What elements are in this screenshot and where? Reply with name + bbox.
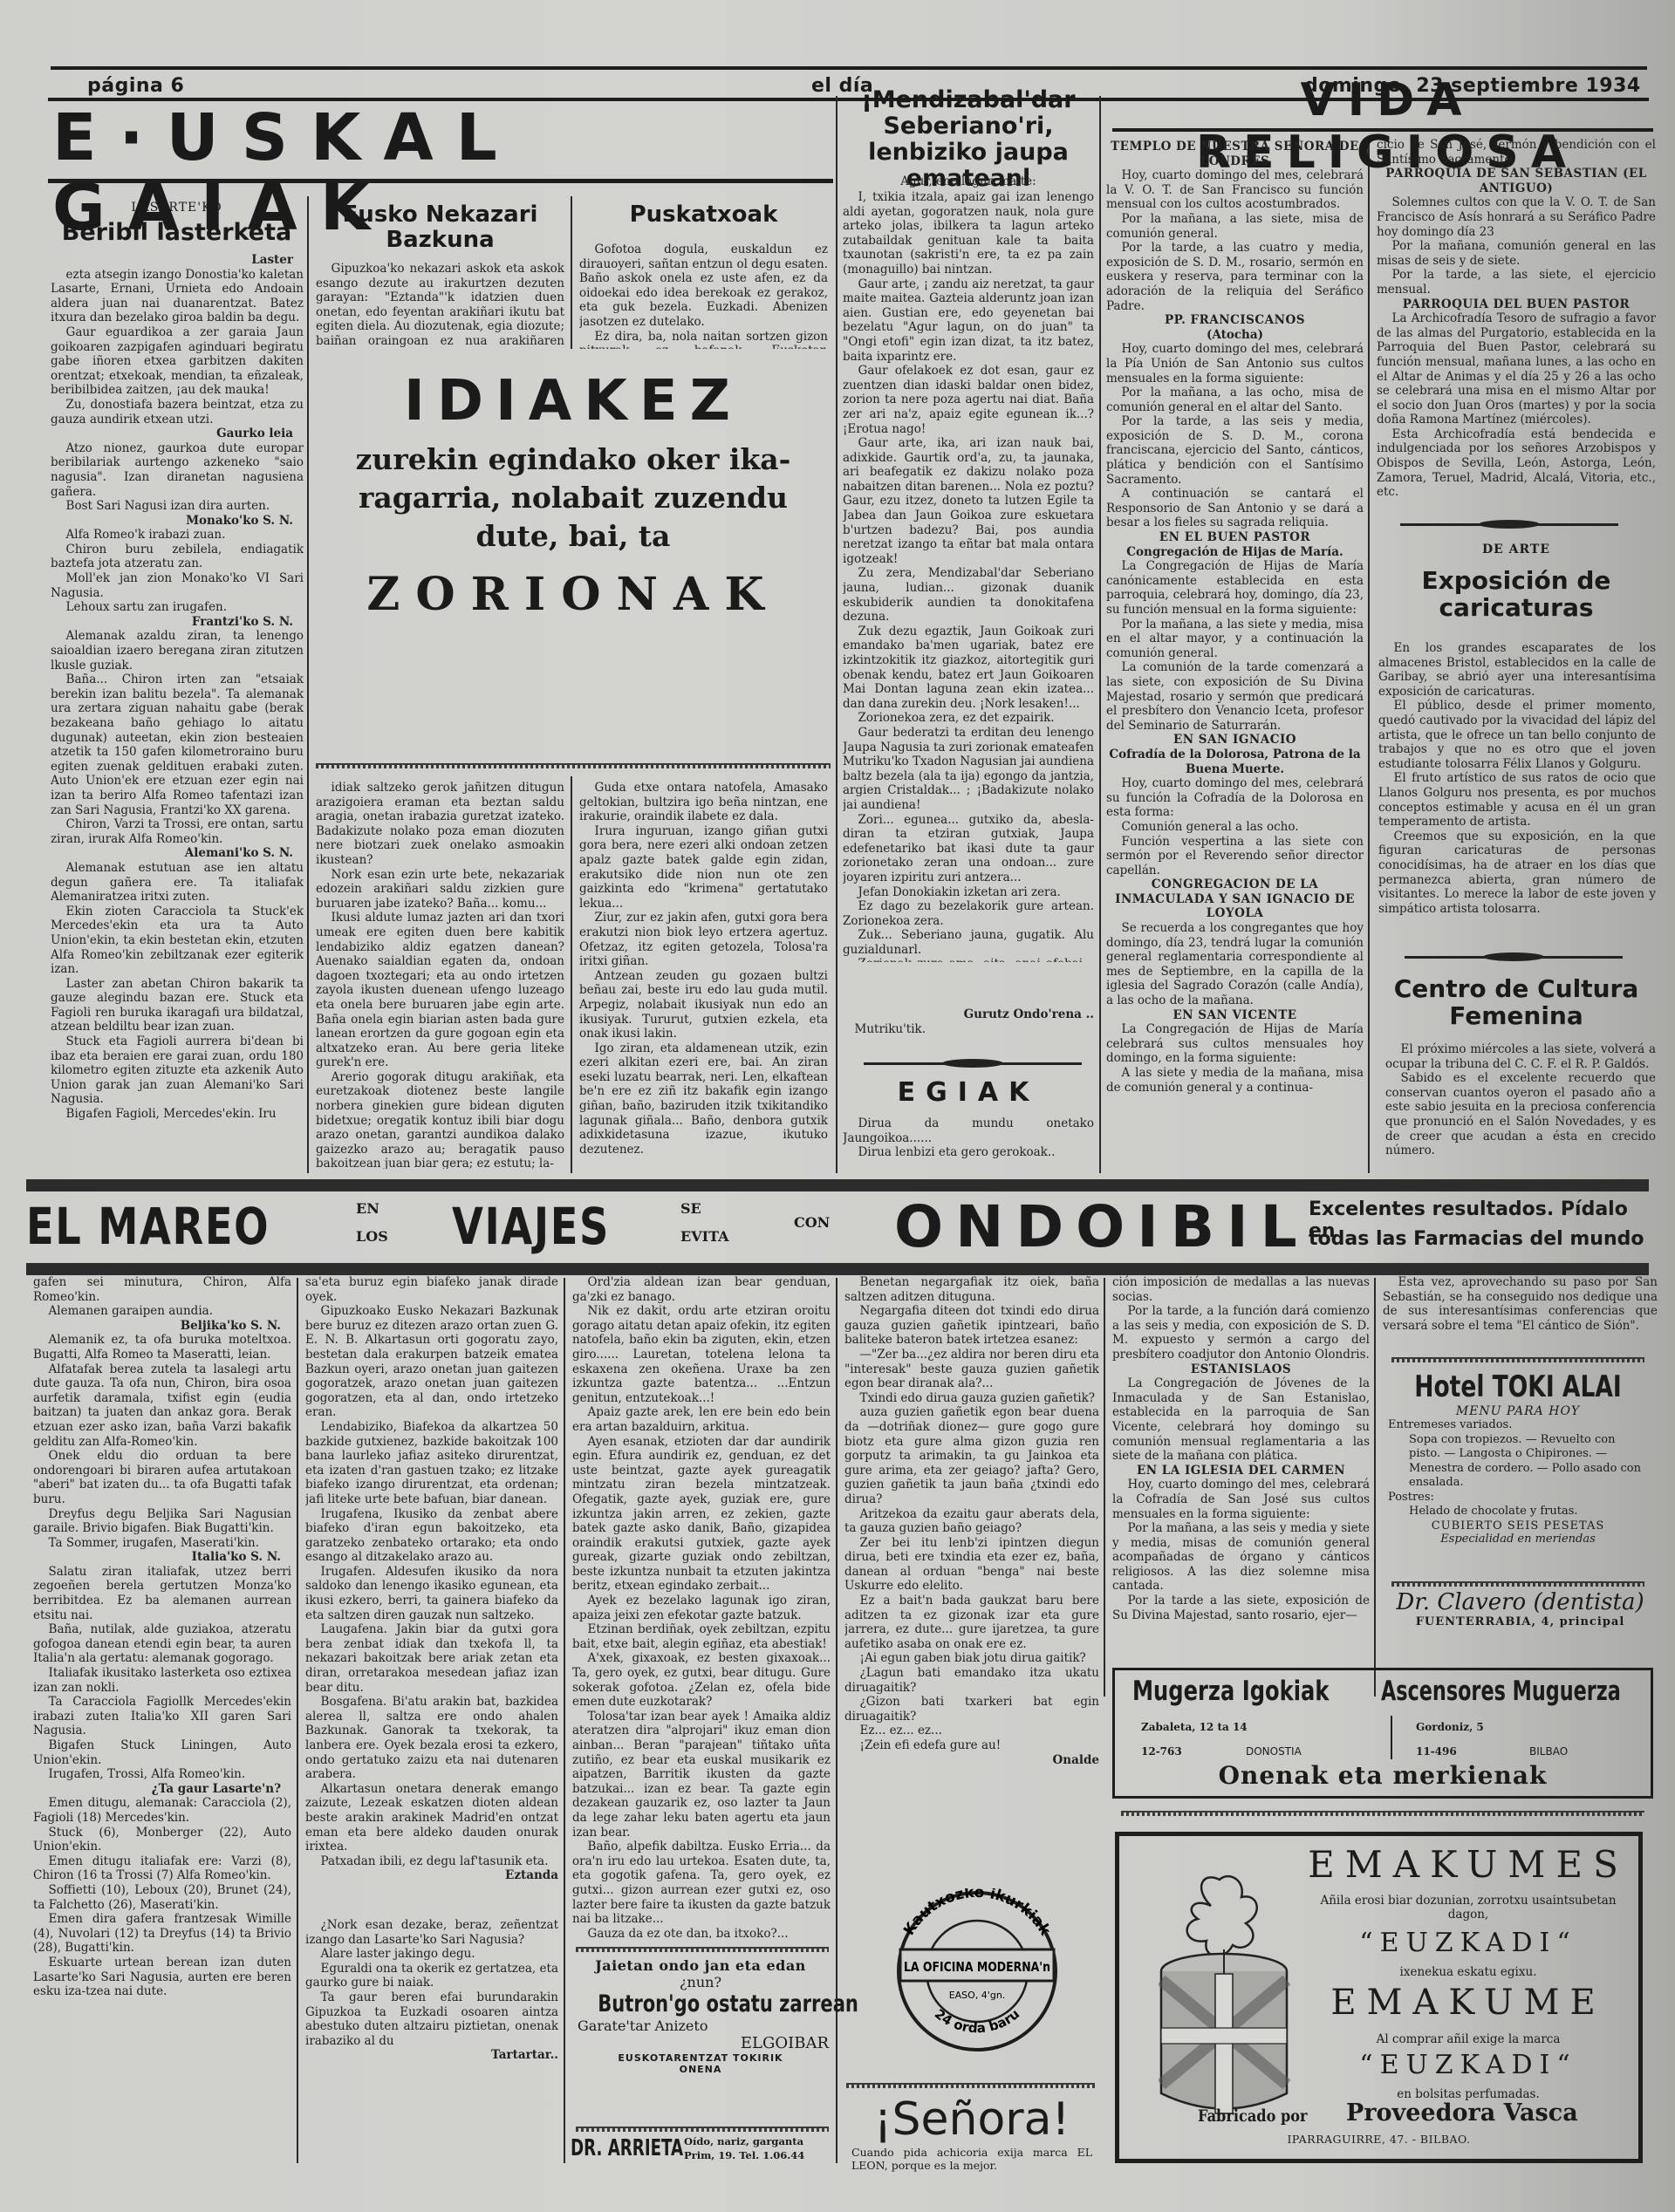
paragraph: Emen dira gafera frantzesak Wimille (4),… [33, 1912, 291, 1956]
paragraph: Gauza da ez ote dan, ba itxoko?... [572, 1927, 831, 1938]
mugerza-name-spanish: Ascensores Muguerza [1381, 1676, 1569, 1707]
paragraph: Jefan Donokiakin izketan ari zera. [843, 885, 1094, 900]
menu-list: Entremeses variados.Sopa con tropiezos. … [1383, 1418, 1653, 1519]
divider [846, 2083, 1095, 2088]
paragraph: Baña, nutilak, alde guziakoa, atzeratu g… [33, 1622, 291, 1666]
paragraph: Alemanak estutuan ase ien altatu degun g… [51, 861, 304, 905]
menu-item: Sopa con tropiezos. — Revuelto con pisto… [1388, 1433, 1648, 1491]
paragraph: Por la tarde, a las cuatro y media, expo… [1106, 241, 1364, 313]
paragraph: Benetan negargafiak itz oiek, baña saltz… [844, 1275, 1099, 1304]
paragraph: Ekin zioten Caracciola ta Stuck'ek Merce… [51, 905, 304, 977]
mugerza-phone: 12-763 [1141, 1745, 1182, 1758]
paragraph: Ta Caracciola Fagiollk Mercedes'ekin ira… [33, 1695, 291, 1738]
column-divider [1099, 96, 1101, 1173]
paragraph: Hoy, cuarto domingo del mes, celebrará l… [1106, 168, 1364, 212]
paragraph: Ziur, zur ez jakin afen, gutxi gora bera… [579, 911, 828, 968]
paragraph: Alare laster jakingo degu. [305, 1947, 558, 1962]
paragraph: A las siete y media de la mañana, misa d… [1106, 1066, 1364, 1095]
paragraph: Gaur bederatzi ta erditan deu lenengo Ja… [843, 726, 1094, 813]
paragraph: Alemanen garaipen aundia. [33, 1304, 291, 1319]
paragraph: Ayek ez bezelako lagunak igo ziran, apai… [572, 1594, 831, 1622]
paragraph: Alfa Romeo'k irabazi zuan. [51, 528, 304, 543]
subheading: CONGREGACION DE LA INMACULADA Y SAN IGNA… [1106, 877, 1364, 921]
paragraph: Lehoux sartu zan irugafen. [51, 600, 304, 615]
paragraph: Onek eldu dio orduan ta bere ondorengoar… [33, 1449, 291, 1506]
article-greeting: Agur, ene lagun maite: [843, 174, 1094, 189]
paragraph: Función vespertina a las siete con sermó… [1106, 835, 1364, 878]
paragraph: El próximo miércoles a las siete, volver… [1385, 1042, 1656, 1071]
paragraph: Zorionekoa zera, ez det ezpairik. [843, 711, 1094, 726]
ad-tagline: EUSKOTARENTZAT TOKIRIK ONENA [569, 2052, 832, 2075]
menu-item: Entremeses variados. [1388, 1418, 1648, 1433]
ad-brand: “EUZKADI“ [1302, 1928, 1634, 1958]
paragraph: Por la mañana, a las siete y media, misa… [1106, 618, 1364, 661]
banner-word: EL MAREO [26, 1197, 270, 1256]
subheading: TEMPLO DE NUESTRA SEÑORA DE LOUDRES [1106, 140, 1364, 168]
anil-package-icon [1159, 1871, 1298, 2133]
paragraph: Chiron, Varzi ta Trossi, ere ontan, sart… [51, 817, 304, 846]
ad-oficina-moderna-stamp: Kautxozko ikurkiak 24 orda baru LA OFICI… [881, 1888, 1073, 2054]
paragraph: Stuck eta Fagioli aurrera bi'dean bi iba… [51, 1034, 304, 1107]
paragraph: Gaur eguardikoa a zer garaia Jaun goikoa… [51, 325, 304, 398]
paragraph: Hoy, cuarto domingo del mes, celebrará l… [1112, 1478, 1370, 1521]
ad-brand: “EUZKADI“ [1302, 2050, 1634, 2080]
paragraph: Emen ditugu italiafak ere: Varzi (8), Ch… [33, 1854, 291, 1883]
paragraph: Emen ditugu, alemanak: Caracciola (2), F… [33, 1796, 291, 1825]
subheading: Beljika'ko S. N. [33, 1319, 291, 1334]
article-body-nekazari-cont: idiak saltzeko gerok jañitzen ditugun ar… [316, 781, 564, 1169]
column-divider [571, 776, 572, 1173]
subheading: Cofradía de la Dolorosa, Patrona de la B… [1106, 748, 1364, 776]
paragraph: Alfatafak berea zutela ta lasalegi artu … [33, 1362, 291, 1450]
paragraph: Gaur arte, ika, ari izan nauk bai, adixk… [843, 436, 1094, 566]
mugerza-city: BILBAO [1529, 1745, 1568, 1758]
paragraph: I, txikia itzala, apaiz gai izan lenengo… [843, 190, 1094, 277]
paragraph: ¿Lagun bati emandako itza ukatu diruagai… [844, 1666, 1099, 1695]
ad-arrieta: DR. ARRIETA Oído, nariz, garganta Prim, … [571, 2135, 832, 2170]
article-body-puskatxoak-end: Ord'zia aldean izan bear genduan, ga'zki… [572, 1275, 831, 1938]
paragraph: Por la tarde, a las siete, el ejercicio … [1377, 268, 1656, 297]
menu-special: Especialidad en meriendas [1383, 1533, 1653, 1546]
menu-item: Postres: [1388, 1491, 1648, 1505]
ad-mugerza: Mugerza Igokiak Ascensores Muguerza Zaba… [1112, 1668, 1653, 1799]
paragraph: Por la tarde a las siete, exposición de … [1112, 1594, 1370, 1622]
banner-small: EN [356, 1200, 379, 1217]
ad-line: ragarria, nolabait zuzendu [316, 479, 831, 517]
banner-top-bar [26, 1179, 1649, 1191]
article-body-vida-religiosa-cont: cicio de San José, sermón y bendición co… [1377, 138, 1656, 504]
paragraph: Guda etxe ontara natofela, Amasako gelto… [579, 781, 828, 824]
ornament-divider [1405, 956, 1623, 959]
svg-text:24 orda baru: 24 orda baru [932, 2006, 1022, 2037]
banner-small: LOS [356, 1228, 388, 1245]
paragraph: Sabido es el excelente recuerdo que cons… [1385, 1071, 1656, 1158]
ad-senora: ¡Señora! Cuando pida achicoria exija mar… [844, 2093, 1099, 2172]
menu-title: MENU PARA HOY [1383, 1404, 1653, 1418]
paragraph: Negargafia diteen dot txindi edo dirua g… [844, 1304, 1099, 1348]
divider [576, 1947, 829, 1952]
ad-text: ixenekua eskatu egixu. [1302, 1965, 1634, 1979]
paragraph: auza guzien gañetik egon bear duena da —… [844, 1405, 1099, 1506]
paragraph: La comunión de la tarde comenzará a las … [1106, 660, 1364, 733]
paragraph: Chiron buru zebilela, endiagatik baztefa… [51, 543, 304, 571]
divider [576, 2127, 829, 2132]
paragraph: Zuk... Seberiano jauna, gugatik. Alu guz… [843, 928, 1094, 957]
greeting-text: Agur, ene lagun maite: [843, 174, 1094, 189]
page-number: página 6 [87, 75, 184, 97]
mugerza-slogan: Onenak eta merkienak [1115, 1761, 1651, 1790]
ad-dentist: Dr. Clavero (dentista) FUENTERRABIA, 4, … [1383, 1589, 1658, 1628]
paragraph: A continuación se cantará el Responsorio… [1106, 487, 1364, 530]
ornament-divider [864, 1062, 1082, 1065]
paragraph: cicio de San José, sermón y bendición co… [1377, 138, 1656, 167]
paragraph: Por la mañana, a las ocho, misa de comun… [1106, 386, 1364, 414]
column-divider [307, 196, 309, 1173]
svg-text:Kautxozko ikurkiak: Kautxozko ikurkiak [900, 1888, 1054, 1939]
banner-word: VIAJES [452, 1197, 610, 1256]
ad-text: Al comprar añil exige la marca [1302, 2032, 1634, 2046]
subheading: ESTANISLAOS [1112, 1362, 1370, 1377]
paragraph: Dirua lenbizi eta gero gerokoak.. [843, 1145, 1094, 1160]
column-divider [571, 196, 572, 349]
ad-title: IDIAKEZ [316, 369, 831, 434]
paragraph: —"Zer ba...¿ez aldira nor beren diru eta… [844, 1348, 1099, 1391]
paragraph: Zer bei itu lenb'zi ipintzen diegun diru… [844, 1536, 1099, 1594]
paragraph: sa'eta buruz egin biafeko janak dirade o… [305, 1275, 558, 1304]
divider [1121, 1811, 1644, 1816]
paragraph: Ta gaur beren efai burundarakin Gipuzkoa… [305, 1990, 558, 2048]
paragraph: Hoy, cuarto domingo del mes, celebrará l… [1106, 342, 1364, 386]
paragraph: Creemos que su exposición, en la que fig… [1378, 829, 1656, 917]
paragraph: Eskuarte urtean berean izan duten Lasart… [33, 1956, 291, 1999]
ad-text: Añila erosi biar dozunian, zorrotxu usai… [1302, 1894, 1634, 1922]
paragraph: Antzean zeuden gu gozaen bultzi beñau za… [579, 969, 828, 1041]
paragraph: Salatu ziran italiafak, utzez berri zego… [33, 1565, 291, 1622]
paragraph: ¡Zein efi edefa gure au! [844, 1738, 1099, 1753]
article-body-mendizabal: I, txikia itzala, apaiz gai izan lenengo… [843, 190, 1094, 962]
subheading: EN EL BUEN PASTOR [1106, 530, 1364, 545]
paragraph: Irugafen. Aldesufen ikusiko da nora sald… [305, 1565, 558, 1622]
article-body-cultura: El próximo miércoles a las siete, volver… [1385, 1042, 1656, 1173]
ad-title: EMAKUME [1302, 1983, 1634, 2023]
mugerza-address: Gordoniz, 5 [1416, 1721, 1484, 1733]
article-body-exposicion: En los grandes escaparates de los almace… [1378, 641, 1656, 942]
mugerza-phone: 11-496 [1416, 1745, 1457, 1758]
article-body-egiak: Dirua da mundu onetako Jaungoikoa......D… [843, 1116, 1094, 1169]
banner-small: EVITA [680, 1228, 729, 1245]
article-body-beribil: Lasterezta atsegin izango Donostia'ko ka… [51, 253, 304, 1169]
paragraph: Ord'zia aldean izan bear genduan, ga'zki… [572, 1275, 831, 1304]
paragraph: Arerio gogorak ditugu arakiñak, eta eure… [316, 1070, 564, 1169]
subheading: Alemani'ko S. N. [51, 846, 304, 861]
ad-banner-ondoibil: EL MAREO EN LOS VIAJES SE EVITA CON ONDO… [26, 1197, 1649, 1258]
paragraph: Se recuerda a los congregantes que hoy d… [1106, 921, 1364, 1008]
subheading: (Atocha) [1106, 328, 1364, 343]
ad-closing: ZORIONAK [316, 568, 831, 621]
column-divider [1374, 1278, 1376, 1697]
paragraph: Por la mañana, comunión general en las m… [1377, 239, 1656, 268]
column-divider [836, 96, 837, 1173]
paragraph: Gaur ofelakoek ez dot esan, gaur ez zuen… [843, 364, 1094, 436]
article-headline: Puskatxoak [579, 202, 828, 228]
paragraph: Ez dira, ba, nola naitan sortzen gizon p… [579, 330, 828, 349]
paragraph: Alemanik ez, ta ofa buruka moteltxoa. Bu… [33, 1333, 291, 1362]
article-headline: Eusko Nekazari Bazkuna [316, 202, 564, 253]
divider [1391, 1716, 1392, 1759]
ornament-divider [1400, 523, 1618, 526]
paragraph: Bigafen Fagioli, Mercedes'ekin. Iru [51, 1107, 304, 1122]
signature: Tartartar.. [305, 2048, 558, 2063]
paragraph: Nik ez dakit, ordu arte etziran oroitu g… [572, 1304, 831, 1405]
ad-maker-prefix: Fabricado por [1198, 2106, 1308, 2126]
paragraph: El público, desde el primer momento, que… [1378, 699, 1656, 771]
paragraph: A'xek, gixaxoak, ez besten gixaxoak... T… [572, 1651, 831, 1709]
hotel-name: Hotel TOKI ALAI [1412, 1369, 1624, 1404]
banner-bottom-bar [26, 1263, 1649, 1275]
ad-line: Oído, nariz, garganta [684, 2135, 803, 2147]
vida-religiosa-rule [1112, 128, 1653, 132]
paragraph: Italiafak ikusitako lasterketa oso eztix… [33, 1666, 291, 1695]
subheading: EN LA IGLESIA DEL CARMEN [1112, 1464, 1370, 1478]
paragraph: Ez a bait'n bada gaukzat baru bere aditz… [844, 1594, 1099, 1651]
mugerza-name-basque: Mugerza Igokiak [1132, 1676, 1323, 1707]
article-headline: Exposición de caricaturas [1377, 567, 1656, 622]
subheading: Frantzi'ko S. N. [51, 615, 304, 630]
divider [1391, 1581, 1644, 1587]
paragraph: Nork esan ezin urte bete, nekazariak edo… [316, 868, 564, 911]
paragraph: Gipuzkoa'ko nekazari askok eta askok esa… [316, 262, 564, 349]
signature: Eztanda [305, 1868, 558, 1883]
subheading: EN SAN IGNACIO [1106, 733, 1364, 748]
paragraph: Dreyfus degu Beljika Sari Nagusian garai… [33, 1507, 291, 1536]
euskal-gaiak-rule [48, 179, 833, 183]
paragraph: Ez... ez... ez... [844, 1724, 1099, 1738]
article-body-lasterketa-cont: gafen sei minutura, Chiron, Alfa Romeo'k… [33, 1275, 291, 2165]
banner-brand: ONDOIBIL [894, 1193, 1309, 1260]
paragraph: En los grandes escaparates de los almace… [1378, 641, 1656, 699]
ad-euzkadi-anil: EMAKUMES Añila erosi biar dozunian, zorr… [1115, 1832, 1643, 2163]
ad-maker: Proveedora Vasca [1346, 2099, 1578, 2127]
ad-name: DR. ARRIETA [571, 2135, 683, 2161]
paragraph: Irugafena, Ikusiko da zenbat abere biafe… [305, 1507, 558, 1565]
svg-text:LA OFICINA MODERNA'n: LA OFICINA MODERNA'n [904, 1959, 1050, 1975]
subheading: Monako'ko S. N. [51, 514, 304, 529]
ad-butron: Jaietan ondo jan eta edan ¿nun? Butron'g… [569, 1957, 832, 2075]
paragraph: Zu, donostiafa bazera beintzat, etza zu … [51, 398, 304, 427]
paragraph: Gofotoa dogula, euskaldun ez dirauoyeri,… [579, 242, 828, 330]
paragraph: Ez dago zu bezelakorik gure artean. Zori… [843, 899, 1094, 928]
paragraph: Lendabiziko, Biafekoa da alkartzea 50 ba… [305, 1420, 558, 1507]
signature: Onalde [844, 1753, 1099, 1768]
article-signature: Gurutz Ondo'rena .. Mutriku'tik. [843, 1007, 1094, 1036]
article-body-nekazari: Gipuzkoa'ko nekazari askok eta askok esa… [316, 262, 564, 349]
subheading: PARROQUIA DEL BUEN PASTOR [1377, 297, 1656, 312]
column-divider [836, 1278, 837, 2163]
mugerza-address: Zabaleta, 12 ta 14 [1141, 1721, 1248, 1733]
paragraph: gafen sei minutura, Chiron, Alfa Romeo'k… [33, 1275, 291, 1304]
paragraph: ¡Ai egun gaben biak jotu dirua gaitik? [844, 1651, 1099, 1666]
article-body-nekazari-end: sa'eta buruz egin biafeko janak dirade o… [305, 1275, 558, 2174]
article-body-cultura-end: Esta vez, aprovechando su paso por San S… [1383, 1275, 1658, 1354]
paragraph: El fruto artístico de sus ratos de ocio … [1378, 771, 1656, 829]
subheading: Laster [51, 253, 304, 268]
paragraph: Baña... Chiron irten zan "etsaiak bereki… [51, 672, 304, 817]
banner-small: CON [794, 1214, 830, 1231]
paragraph: La Archicofradía Tesoro de sufragio a fa… [1377, 311, 1656, 427]
paragraph: Irura inguruan, izango giñan gutxi gora … [579, 824, 828, 911]
menu-item: Helado de chocolate y frutas. [1388, 1505, 1648, 1519]
paragraph: Igo ziran, eta aldamenean utzik, ezin ez… [579, 1041, 828, 1157]
article-body-vida-religiosa-end: ción imposición de medallas a las nuevas… [1112, 1275, 1370, 1659]
dentist-name: Dr. Clavero (dentista) [1383, 1589, 1658, 1615]
ad-owner: Garate'tar Anizeto [569, 2017, 832, 2034]
banner-small: SE [680, 1200, 701, 1217]
paragraph: Gaur arte, ¡ zandu aiz neretzat, ta gaur… [843, 277, 1094, 365]
paragraph: Bigafen Stuck Liningen, Auto Union'ekin. [33, 1738, 291, 1767]
column-divider [297, 1278, 298, 2163]
paragraph: Por la mañana, a las seis y media y siet… [1112, 1521, 1370, 1594]
subheading: Italia'ko S. N. [33, 1550, 291, 1565]
paragraph: Zuk dezu egaztik, Jaun Goikoak zuri eman… [843, 625, 1094, 712]
banner-tagline: todas las Farmacias del mundo [1309, 1228, 1644, 1250]
column-divider [564, 1278, 565, 2163]
paragraph: Esta vez, aprovechando su paso por San S… [1383, 1275, 1658, 1333]
subheading: PP. FRANCISCANOS [1106, 313, 1364, 328]
paragraph: Eguraldi ona ta okerik ez gertatzea, eta… [305, 1962, 558, 1990]
ad-name: Butron'go ostatu zarrean [598, 1990, 803, 2017]
ad-line: ¿nun? [569, 1974, 832, 1990]
paragraph: Comunión general a las ocho. [1106, 820, 1364, 835]
ad-line: Jaietan ondo jan eta edan [569, 1957, 832, 1974]
column-divider [1368, 140, 1370, 1173]
paragraph: Alkartasun onetara denerak emango zaizut… [305, 1782, 558, 1854]
paragraph: La Congregación de Jóvenes de la Inmacul… [1112, 1376, 1370, 1464]
paragraph: Ta Sommer, irugafen, Maserati'kin. [33, 1536, 291, 1551]
paragraph: La Congregación de Hijas de María celebr… [1106, 1022, 1364, 1066]
paragraph: Laster zan abetan Chiron bakarik ta gauz… [51, 977, 304, 1034]
article-body-puskatxoak-cont: Guda etxe ontara natofela, Amasako gelto… [579, 781, 828, 1169]
paragraph: Gipuzkoako Eusko Nekazari Bazkunak bere … [305, 1304, 558, 1420]
place-text: Mutriku'tik. [843, 1022, 1094, 1037]
ad-address: IPARRAGUIRRE, 47. - BILBAO. [1119, 2133, 1638, 2146]
paragraph: Irugafen, Trossi, Alfa Romeo'kin. [33, 1767, 291, 1782]
paragraph: Zori... egunea... gutxiko da, abesla-dir… [843, 813, 1094, 885]
paragraph: Solemnes cultos con que la V. O. T. de S… [1377, 195, 1656, 239]
paragraph: ezta atsegin izango Donostia'ko kaletan … [51, 268, 304, 325]
paragraph: ¿Nork esan dezake, beraz, zeñentzat izan… [305, 1918, 558, 1947]
newspaper-page: página 6 el día domingo, 23 septiembre 1… [0, 0, 1675, 2212]
column-divider [1104, 1278, 1105, 1697]
paragraph: Moll'ek jan zion Monako'ko VI Sari Nagus… [51, 571, 304, 600]
paragraph: ¿Gizon bati txarkeri bat egin diruagaiti… [844, 1695, 1099, 1724]
paragraph: Aritzekoa da ezaitu gaur aberats dela, t… [844, 1507, 1099, 1536]
paragraph: Dirua da mundu onetako Jaungoikoa...... [843, 1116, 1094, 1145]
paragraph: Patxadan ibili, ez degu laf'tasunik eta. [305, 1854, 558, 1869]
paragraph: La Congregación de Hijas de María canóni… [1106, 559, 1364, 617]
article-body-puskatxoak: Gofotoa dogula, euskaldun ez dirauoyeri,… [579, 242, 828, 349]
signature-text: Gurutz Ondo'rena .. [843, 1007, 1094, 1022]
ad-hotel-toki-alai: Hotel TOKI ALAI MENU PARA HOY Entremeses… [1383, 1369, 1653, 1546]
paragraph: Tolosa'tar izan bear ayek ! Amaika aldiz… [572, 1710, 831, 1840]
paragraph: Alemanak azaldu ziran, ta lenengo saioal… [51, 629, 304, 672]
paragraph: Zorionak zure ama, aita, anai afebai... … [843, 957, 1094, 962]
menu-price: CUBIERTO SEIS PESETAS [1383, 1519, 1653, 1533]
ad-line: zurekin egindako oker ika- [316, 440, 831, 479]
subheading: Gaurko leia [51, 427, 304, 441]
paragraph [305, 1883, 558, 1918]
paragraph: Laugafena. Jakin biar da gutxi gora bera… [305, 1622, 558, 1695]
divider [1391, 1357, 1644, 1362]
ad-town: ELGOIBAR [569, 2034, 832, 2052]
ad-title: ¡Señora! [844, 2093, 1099, 2146]
paragraph: Hoy, cuarto domingo del mes, celebrará s… [1106, 776, 1364, 820]
paragraph: Baño, alpefik dabiltza. Eusko Erria... d… [572, 1840, 831, 1927]
article-headline: Beribil lasterketa [48, 220, 305, 246]
ad-text: Cuando pida achicoria exija marca EL LEO… [844, 2146, 1099, 2172]
subheading: ¿Ta gaur Lasarte'n? [33, 1782, 291, 1797]
paragraph: Atzo nionez, gaurkoa dute europar beribi… [51, 441, 304, 499]
paragraph: Zu zera, Mendizabal'dar Seberiano jauna,… [843, 566, 1094, 624]
ad-title: EMAKUMES [1302, 1843, 1634, 1886]
paragraph: Esta Archicofradía está bendecida e indu… [1377, 427, 1656, 500]
paragraph: Apaiz gazte arek, len ere bein edo bein … [572, 1405, 831, 1434]
article-kicker: LASARTE'KO [52, 201, 301, 215]
ad-line: dute, bai, ta [316, 517, 831, 556]
dentist-address: FUENTERRABIA, 4, principal [1383, 1615, 1658, 1628]
paragraph: Bosgafena. Bi'atu arakin bat, bazkidea a… [305, 1695, 558, 1782]
subheading: Congregación de Hijas de María. [1106, 545, 1364, 560]
paragraph: Por la mañana, a las siete, misa de comu… [1106, 212, 1364, 241]
paragraph: idiak saltzeko gerok jañitzen ditugun ar… [316, 781, 564, 868]
svg-text:EASO, 4'gn.: EASO, 4'gn. [949, 1990, 1006, 2001]
article-kicker: DE ARTE [1377, 543, 1656, 556]
paragraph: ción imposición de medallas a las nuevas… [1112, 1275, 1370, 1304]
article-headline: Centro de Cultura Femenina [1377, 975, 1656, 1030]
paragraph: Stuck (6), Monberger (22), Auto Union'ek… [33, 1826, 291, 1854]
paragraph: Soffietti (10), Leboux (20), Brunet (24)… [33, 1883, 291, 1912]
masthead-top-rule [51, 66, 1647, 70]
paragraph: Por la tarde, a las seis y media, exposi… [1106, 414, 1364, 487]
article-body-vida-religiosa: TEMPLO DE NUESTRA SEÑORA DE LOUDRESHoy, … [1106, 140, 1364, 1169]
divider [316, 763, 831, 768]
subheading: EN SAN VICENTE [1106, 1008, 1364, 1023]
ad-line: Prim, 19. Tel. 1.06.44 [684, 2149, 804, 2161]
subheading: PARROQUIA DE SAN SEBASTIAN (El Antiguo) [1377, 167, 1656, 195]
paragraph: Bost Sari Nagusi izan dira aurten. [51, 499, 304, 514]
paragraph: Txindi edo dirua gauza guzien gañetik? [844, 1391, 1099, 1406]
article-body-egiak-cont: Benetan negargafiak itz oiek, baña saltz… [844, 1275, 1099, 1921]
paragraph: Ikusi aldute lumaz jazten ari dan txori … [316, 911, 564, 1070]
paragraph: Etzinan berdiñak, oyek zebiltzan, ezpitu… [572, 1622, 831, 1651]
ad-idiakez: IDIAKEZ zurekin egindako oker ika- ragar… [316, 353, 831, 772]
paragraph: Por la tarde, a la función dará comienzo… [1112, 1304, 1370, 1362]
section-title-egiak: EGIAK [841, 1077, 1096, 1108]
mugerza-city: DONOSTIA [1246, 1745, 1302, 1758]
paragraph: Ayen esanak, etzioten dar dar aundirik e… [572, 1435, 831, 1594]
